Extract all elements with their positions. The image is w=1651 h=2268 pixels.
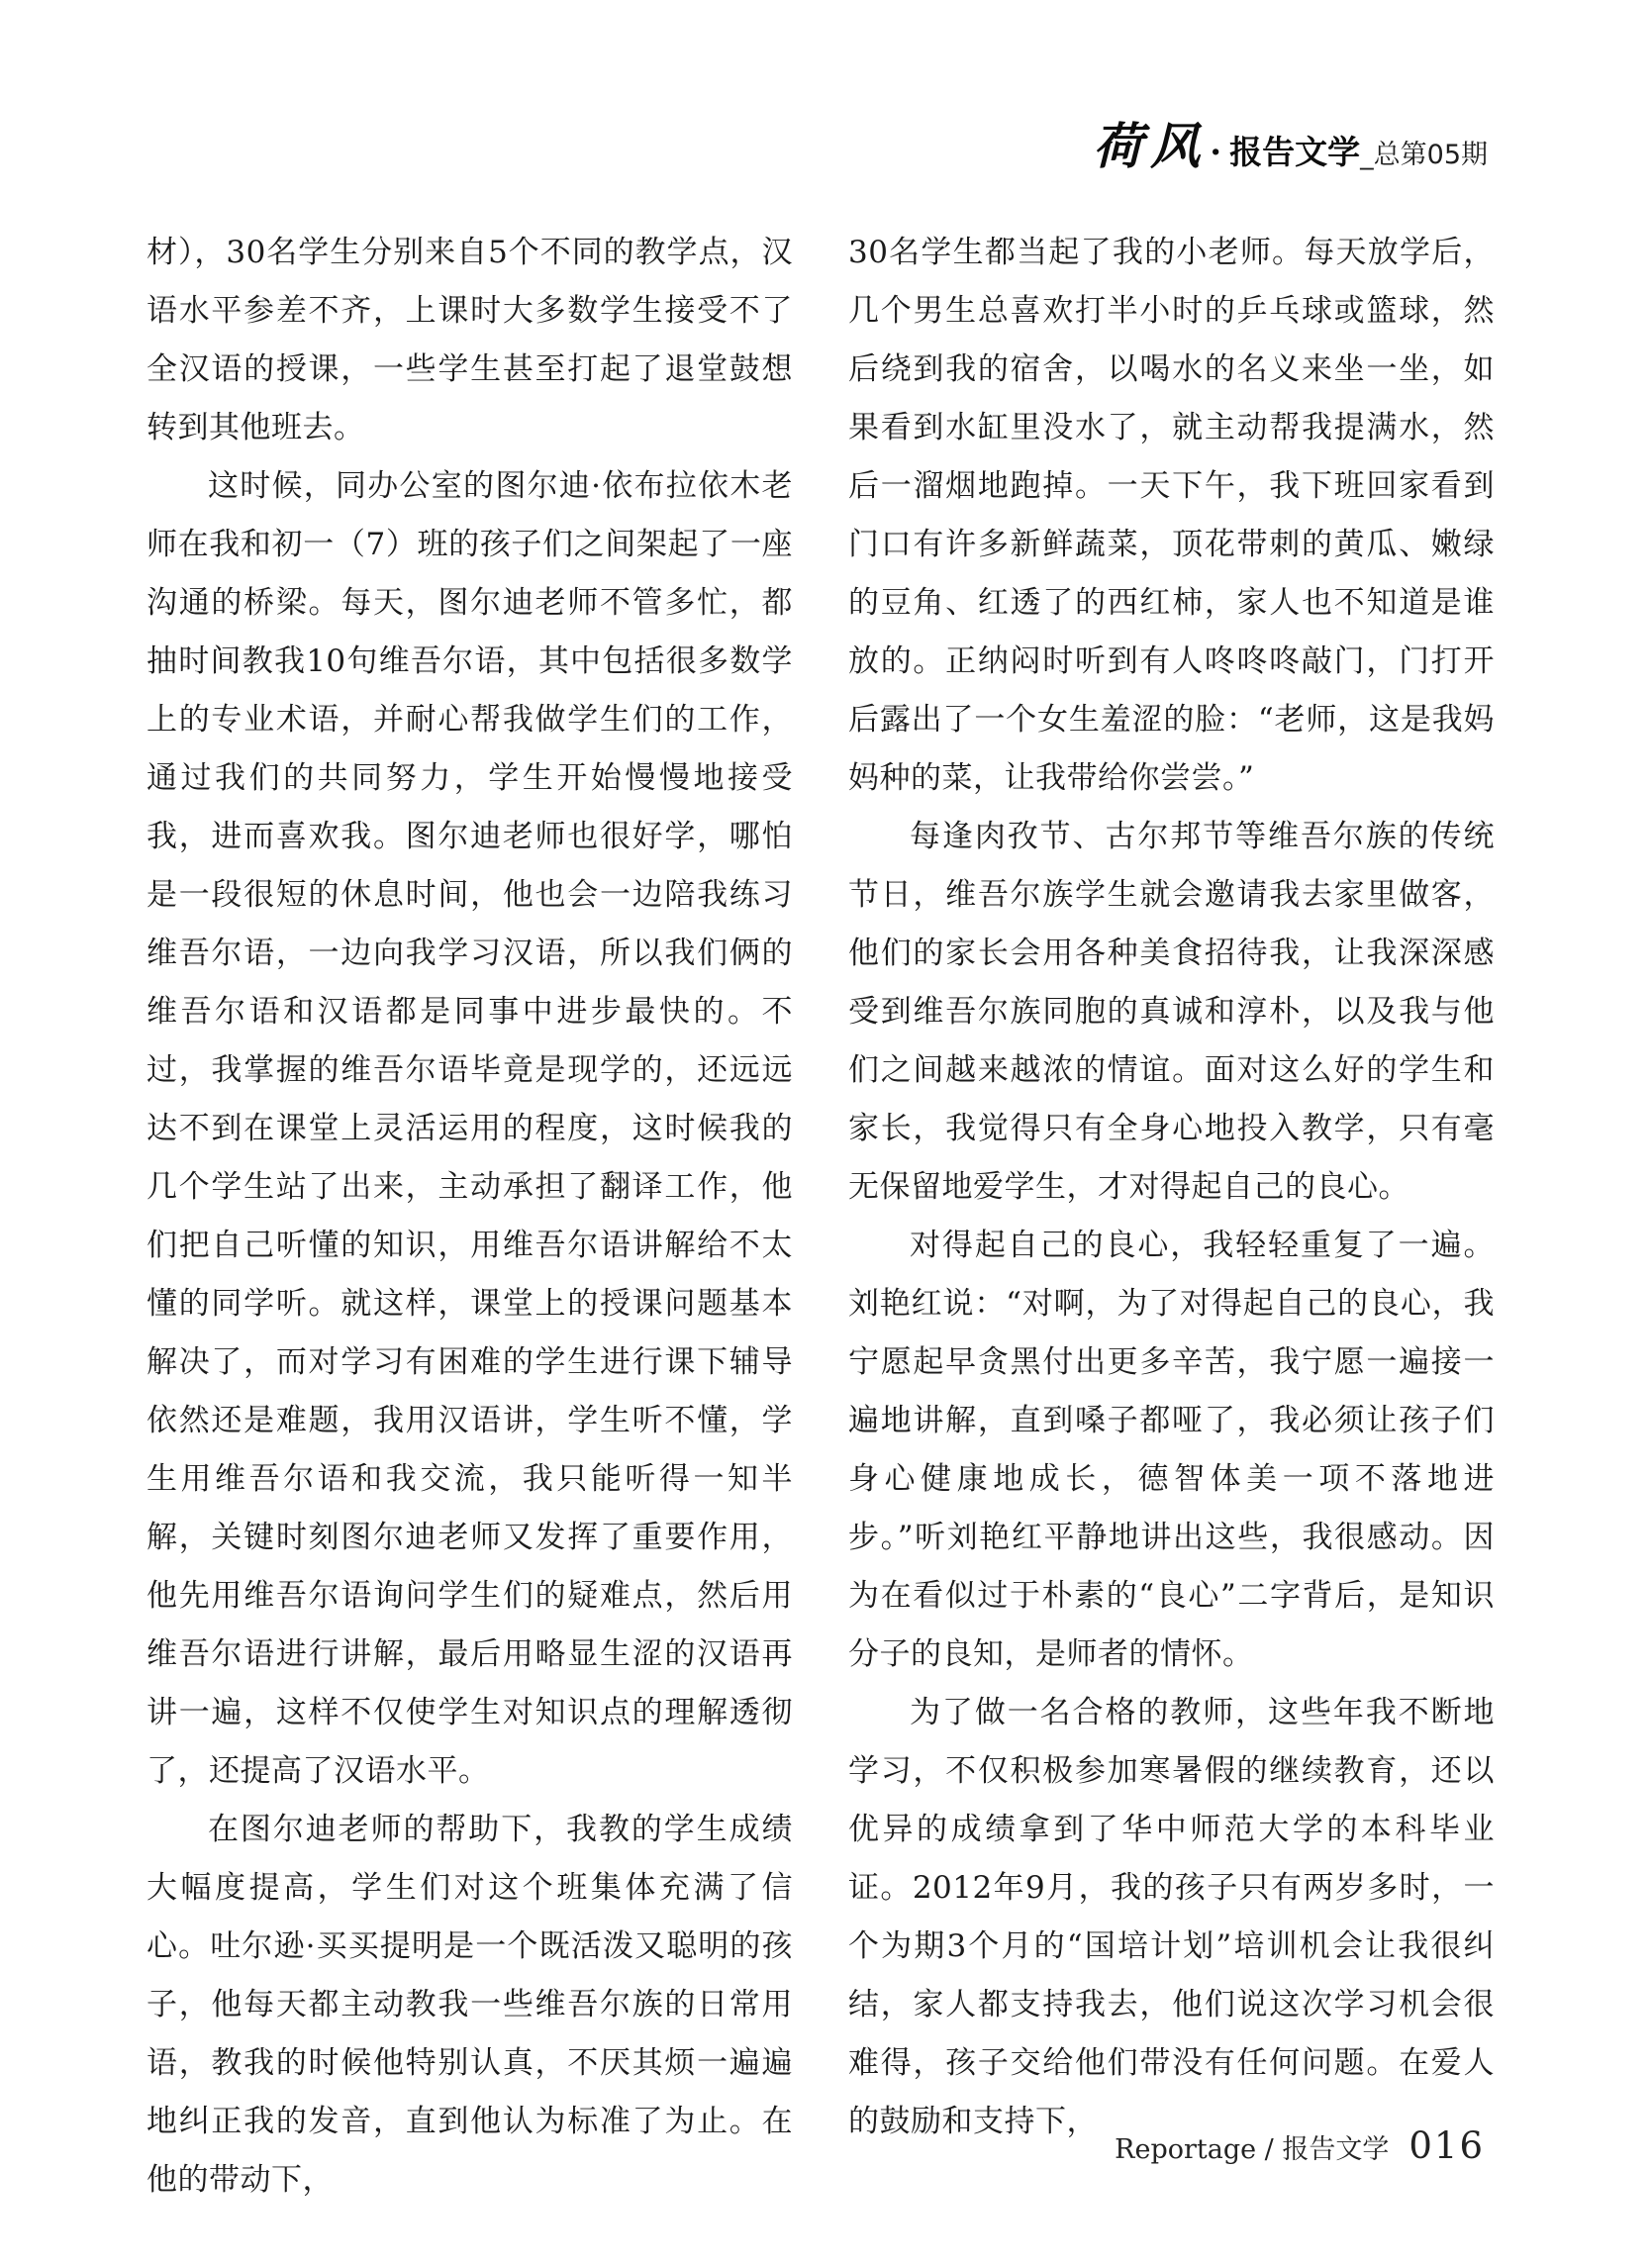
article-body: 材），30名学生分别来自5个不同的教学点，汉语水平参差不齐，上课时大多数学生接受… (146, 224, 1495, 2210)
paragraph: 在图尔迪老师的帮助下，我教的学生成绩大幅度提高，学生们对这个班集体充满了信心。吐… (146, 1801, 793, 2210)
magazine-logo: 荷风 (1093, 107, 1208, 178)
footer-section-label: Reportage / 报告文学 (1115, 2127, 1389, 2166)
paragraph: 每逢肉孜节、古尔邦节等维吾尔族的传统节日，维吾尔族学生就会邀请我去家里做客，他们… (848, 808, 1495, 1217)
paragraph: 为了做一名合格的教师，这些年我不断地学习，不仅积极参加寒暑假的继续教育，还以优异… (848, 1684, 1495, 2151)
page-footer: Reportage / 报告文学 016 (1115, 2124, 1485, 2167)
left-column: 材），30名学生分别来自5个不同的教学点，汉语水平参差不齐，上课时大多数学生接受… (146, 224, 793, 2210)
logo-separator-dot: · (1210, 133, 1221, 172)
paragraph: 这时候，同办公室的图尔迪·依布拉依木老师在我和初一（7）班的孩子们之间架起了一座… (146, 457, 793, 1801)
issue-label: _总第05期 (1360, 133, 1488, 171)
paragraph: 30名学生都当起了我的小老师。每天放学后，几个男生总喜欢打半小时的乒乓球或篮球，… (848, 224, 1495, 808)
section-title: 报告文学 (1229, 127, 1360, 173)
page-number: 016 (1408, 2124, 1485, 2167)
paragraph: 对得起自己的良心，我轻轻重复了一遍。刘艳红说：“对啊，为了对得起自己的良心，我宁… (848, 1217, 1495, 1684)
right-column: 30名学生都当起了我的小老师。每天放学后，几个男生总喜欢打半小时的乒乓球或篮球，… (848, 224, 1495, 2210)
paragraph: 材），30名学生分别来自5个不同的教学点，汉语水平参差不齐，上课时大多数学生接受… (146, 224, 793, 457)
page-header: 荷风 · 报告文学 _总第05期 (1093, 107, 1488, 178)
